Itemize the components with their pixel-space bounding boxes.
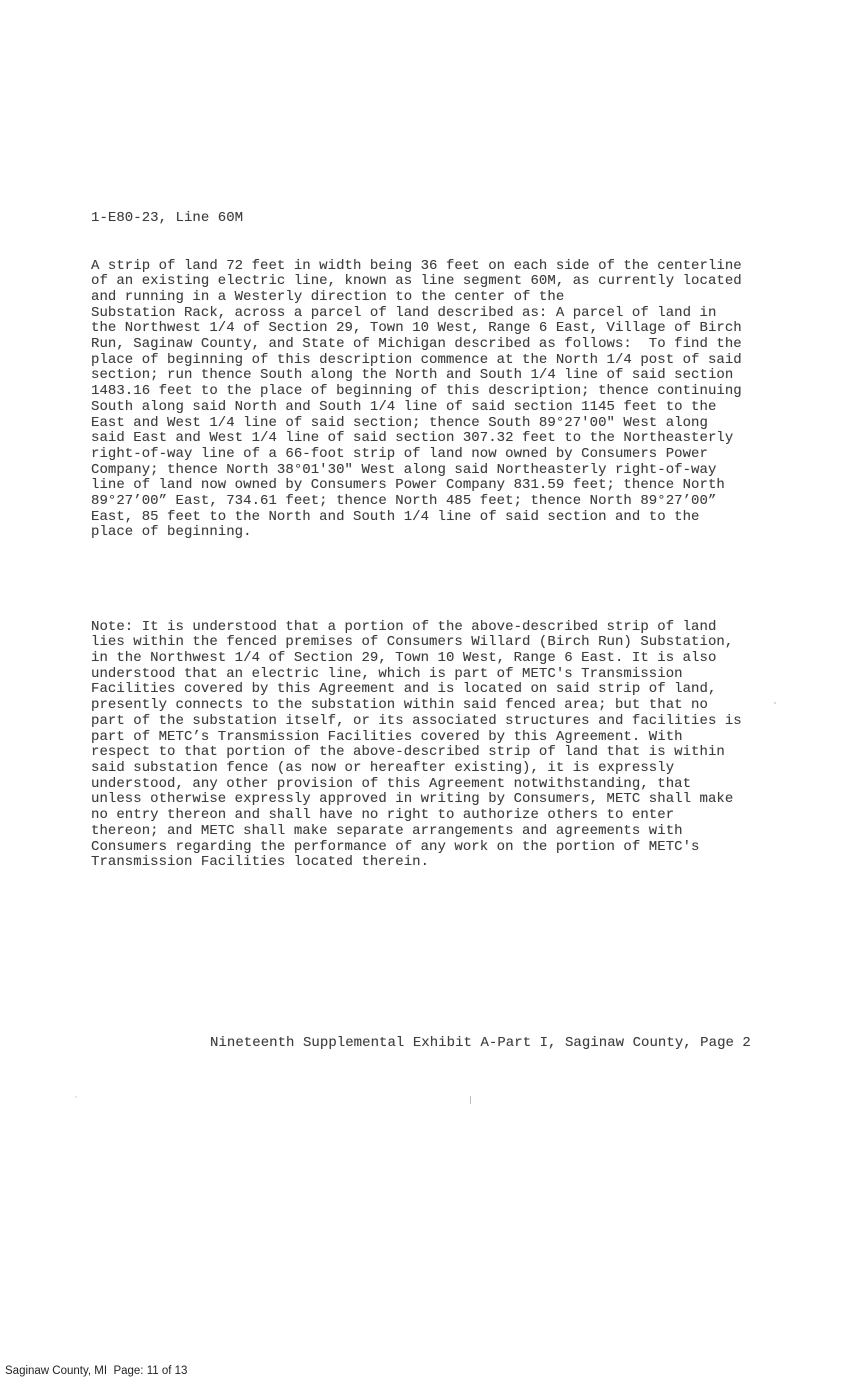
- document-line-id: 1-E80-23, Line 60M: [91, 211, 742, 227]
- scan-artifact-tick: [470, 1096, 471, 1104]
- exhibit-footer-line: Nineteenth Supplemental Exhibit A-Part I…: [210, 1036, 751, 1052]
- scanned-document-page: 1-E80-23, Line 60M A strip of land 72 fe…: [0, 0, 848, 1398]
- land-description-paragraph: A strip of land 72 feet in width being 3…: [91, 259, 742, 542]
- scan-artifact-dot: [75, 1096, 77, 1098]
- typed-text-block: 1-E80-23, Line 60M A strip of land 72 fe…: [91, 180, 742, 902]
- paragraph-gap: [91, 573, 742, 589]
- scan-artifact-dot: [774, 702, 776, 704]
- page-number-footer: Saginaw County, MI Page: 11 of 13: [5, 1365, 187, 1377]
- note-paragraph: Note: It is understood that a portion of…: [91, 620, 742, 871]
